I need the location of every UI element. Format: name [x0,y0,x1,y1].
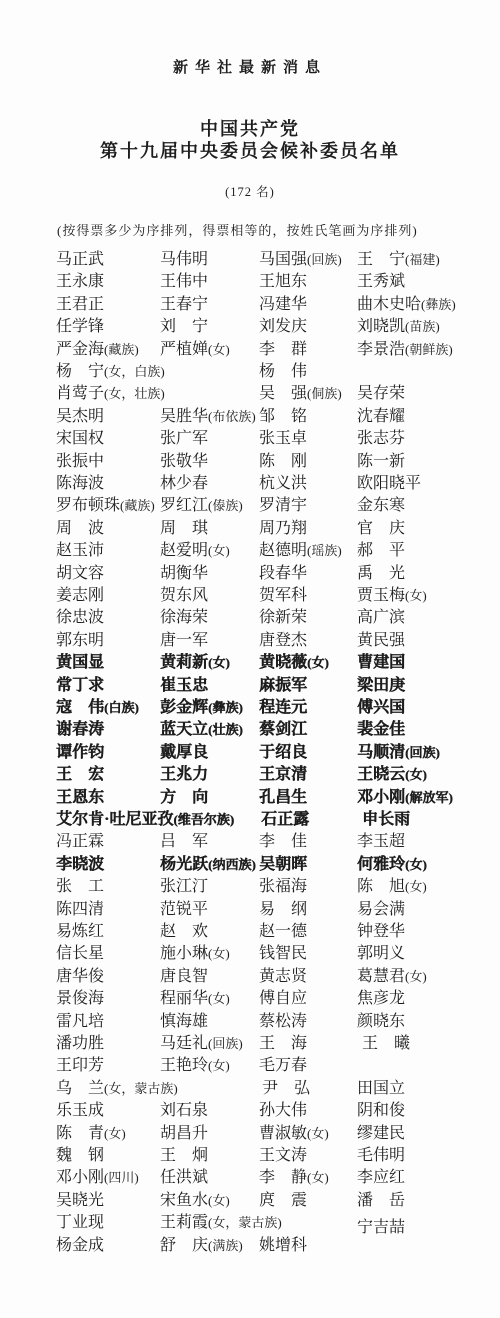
name-entry: 程丽华(女) [160,990,230,1007]
person-name: 常丁求 [56,677,104,694]
person-name: 刘 宁 [160,318,208,335]
name-entry: 王 曦 [362,1035,410,1052]
name-entry: 李 群 [259,341,307,358]
person-name: 谢春涛 [56,721,104,738]
person-name: 禹 光 [357,565,405,582]
person-name: 丁业现 [56,1214,104,1231]
name-entry: 王君正 [56,296,104,313]
ethnic-note: (女) [405,969,427,984]
person-name: 庹 震 [259,1192,307,1209]
person-name: 肖莺子 [56,385,104,402]
person-name: 徐忠波 [56,609,104,626]
name-entry: 马正武 [56,251,104,268]
name-entry: 傅兴国 [357,699,405,716]
ethnic-note: (苗族) [405,319,440,334]
person-name: 陈海波 [56,475,104,492]
ethnic-note: (女) [307,1170,329,1185]
name-entry: 欧阳晓平 [357,475,421,492]
person-name: 蓝天立 [160,721,208,738]
person-name: 黄国显 [56,654,104,671]
name-entry: 任学锋 [56,318,104,335]
person-name: 张福海 [259,878,307,895]
name-entry: 吴晓光 [56,1192,104,1209]
name-entry: 毛万春 [259,1057,307,1074]
person-name: 黄民强 [357,632,405,649]
person-name: 唐登杰 [259,632,307,649]
name-entry: 刘石泉 [160,1102,208,1119]
name-entry: 杨光跃(纳西族) [160,856,256,873]
person-name: 金东寒 [357,497,405,514]
name-entry: 刘发庆 [259,318,307,335]
name-entry: 张福海 [259,878,307,895]
person-name: 冯建华 [259,296,307,313]
name-entry: 郝 平 [357,542,405,559]
name-entry: 徐忠波 [56,609,104,626]
person-name: 景俊海 [56,990,104,1007]
name-entry: 宋鱼水(女) [160,1192,230,1209]
ethnic-note: (女) [405,588,427,603]
name-entry: 谭作钧 [56,744,104,761]
name-entry: 尹 弘 [262,1080,310,1097]
person-name: 姚增科 [259,1237,307,1254]
person-name: 王 宁 [357,251,405,268]
name-entry: 钱智民 [259,945,307,962]
name-entry: 王秀斌 [357,273,405,290]
name-entry: 李 佳 [259,833,307,850]
person-name: 刘石泉 [160,1102,208,1119]
person-name: 孔昌生 [259,789,307,806]
name-entry: 葛慧君(女) [357,968,427,985]
ethnic-note: (瑶族) [307,543,342,558]
name-entry: 郭明义 [357,945,405,962]
person-name: 唐华俊 [56,968,104,985]
person-name: 陈 旭 [357,878,405,895]
ethnic-note: (回族) [405,745,440,760]
name-entry: 缪建民 [357,1125,405,1142]
person-name: 林少春 [160,475,208,492]
name-entry: 焦彦龙 [357,990,405,1007]
person-name: 易 纲 [259,901,307,918]
name-entry: 程连元 [259,699,307,716]
person-name: 赵玉沛 [56,542,104,559]
person-name: 乌 兰 [56,1080,104,1097]
name-entry: 蓝天立(壮族) [160,721,243,738]
person-name: 杨金成 [56,1237,104,1254]
name-entry: 罗清宇 [259,497,307,514]
name-entry: 杨 伟 [259,363,307,380]
name-entry: 潘 岳 [357,1192,405,1209]
name-entry: 马伟明 [160,251,208,268]
name-entry: 徐新荣 [259,609,307,626]
person-name: 唐一军 [160,632,208,649]
person-name: 罗布顿珠 [56,497,120,514]
name-entry: 冯建华 [259,296,307,313]
name-entry: 易会满 [357,901,405,918]
name-entry: 谢春涛 [56,721,104,738]
name-entry: 严金海(藏族) [56,341,139,358]
name-entry: 王 宏 [56,766,104,783]
person-name: 黄志贤 [259,968,307,985]
person-name: 赵 欢 [160,923,208,940]
name-entry: 陈一新 [357,453,405,470]
name-entry: 魏 钢 [56,1147,104,1164]
name-entry: 慎海雄 [160,1013,208,1030]
person-name: 胡衡华 [160,565,208,582]
name-entry: 赵玉沛 [56,542,104,559]
ethnic-note: (四川) [104,1170,139,1185]
ethnic-note: (满族) [208,1238,243,1253]
person-name: 杨 伟 [259,363,307,380]
person-name: 陈四清 [56,901,104,918]
ethnic-note: (彝族) [208,700,243,715]
person-name: 严金海 [56,341,104,358]
person-name: 王春宁 [160,296,208,313]
person-name: 方 向 [160,789,208,806]
ethnic-note: (女) [405,767,427,782]
sort-order-note: (按得票多少为序排列，得票相等的，按姓氏笔画为序排列) [57,220,418,239]
name-entry: 杨 宁(女，白族) [56,363,165,380]
name-entry: 周 波 [56,520,104,537]
person-name: 潘功胜 [56,1035,104,1052]
person-name: 胡昌升 [160,1125,208,1142]
name-entry: 王春宁 [160,296,208,313]
name-entry: 乌 兰(女，蒙古族) [56,1080,178,1097]
person-name: 李 群 [259,341,307,358]
name-entry: 孙大伟 [259,1102,307,1119]
person-name: 沈春耀 [357,408,405,425]
ethnic-note: (女) [307,655,329,670]
person-name: 张江汀 [160,878,208,895]
person-name: 吴晓光 [56,1192,104,1209]
name-entry: 傅自应 [259,990,307,1007]
name-entry: 陈海波 [56,475,104,492]
name-entry: 戴厚良 [160,744,208,761]
name-entry: 张振中 [56,453,104,470]
name-entry: 崔玉忠 [160,677,208,694]
name-entry: 李晓波 [56,856,104,873]
name-entry: 赵 欢 [160,923,208,940]
name-entry: 于绍良 [259,744,307,761]
name-entry: 申长雨 [362,811,410,828]
name-entry: 姚增科 [259,1237,307,1254]
name-entry: 宋国权 [56,430,104,447]
name-entry: 裴金佳 [357,721,405,738]
page-title-line2: 第十九届中央委员会候补委员名单 [0,137,500,163]
ethnic-note: (布依族) [208,409,256,424]
person-name: 戴厚良 [160,744,208,761]
name-entry: 邹 铭 [259,408,307,425]
name-entry: 王晓云(女) [357,766,427,783]
name-entry: 孔昌生 [259,789,307,806]
person-name: 李景浩 [357,341,405,358]
name-entry: 金东寒 [357,497,405,514]
person-name: 潘 岳 [357,1192,405,1209]
person-name: 蔡剑江 [259,721,307,738]
person-name: 王文涛 [259,1147,307,1164]
ethnic-note: (女) [208,342,230,357]
person-name: 徐新荣 [259,609,307,626]
ethnic-note: (女，蒙古族) [104,1081,178,1096]
ethnic-note: (藏族) [104,342,139,357]
name-entry: 赵德明(瑶族) [259,542,342,559]
person-name: 吴存荣 [357,385,405,402]
ethnic-note: (女) [208,946,230,961]
name-entry: 黄志贤 [259,968,307,985]
person-name: 周 琪 [160,520,208,537]
name-entry: 周 琪 [160,520,208,537]
name-entry: 唐一军 [160,632,208,649]
name-entry: 吴胜华(布依族) [160,408,256,425]
name-entry: 邓小刚(四川) [56,1169,139,1186]
person-name: 马国强 [259,251,307,268]
person-name: 王旭东 [259,273,307,290]
person-name: 曲木史哈 [357,296,421,313]
ethnic-note: (纳西族) [208,857,256,872]
person-name: 王兆力 [160,766,208,783]
name-entry: 吴杰明 [56,408,104,425]
ethnic-note: (解放军) [405,790,453,805]
name-entry: 贺军科 [259,587,307,604]
person-name: 黄晓薇 [259,654,307,671]
person-name: 郭明义 [357,945,405,962]
person-name: 王 海 [259,1035,307,1052]
name-entry: 黄民强 [357,632,405,649]
person-name: 舒 庆 [160,1237,208,1254]
name-entry: 王恩东 [56,789,104,806]
person-name: 李玉超 [357,833,405,850]
name-entry: 徐海荣 [160,609,208,626]
person-name: 陈 青 [56,1125,104,1142]
person-name: 傅兴国 [357,699,405,716]
name-entry: 冯正霖 [56,833,104,850]
person-name: 陈 刚 [259,453,307,470]
name-entry: 胡衡华 [160,565,208,582]
name-entry: 王艳玲(女) [160,1057,230,1074]
person-name: 姜志刚 [56,587,104,604]
person-name: 程连元 [259,699,307,716]
name-entry: 胡昌升 [160,1125,208,1142]
person-name: 信长星 [56,945,104,962]
document-page: 新华社最新消息 中国共产党 第十九届中央委员会候补委员名单 (172 名) (按… [0,0,500,1318]
name-entry: 庹 震 [259,1192,307,1209]
person-name: 李晓波 [56,856,104,873]
news-source-label: 新华社最新消息 [0,56,500,77]
name-entry: 王 海 [259,1035,307,1052]
name-entry: 吕 军 [160,833,208,850]
person-name: 田国立 [357,1080,405,1097]
name-entry: 严植婵(女) [160,341,230,358]
name-entry: 姜志刚 [56,587,104,604]
person-name: 李 佳 [259,833,307,850]
name-entry: 杭义洪 [259,475,307,492]
name-entry: 王伟中 [160,273,208,290]
ethnic-note: (女) [208,655,230,670]
person-name: 宁吉喆 [357,1219,405,1236]
person-name: 马正武 [56,251,104,268]
person-name: 贺军科 [259,587,307,604]
person-name: 梁田庚 [357,677,405,694]
name-entry: 王 炯 [160,1147,208,1164]
person-name: 于绍良 [259,744,307,761]
person-name: 罗清宇 [259,497,307,514]
person-name: 马廷礼 [160,1035,208,1052]
person-name: 周乃翔 [259,520,307,537]
person-name: 王莉霞 [160,1214,208,1231]
person-name: 颜晓东 [357,1013,405,1030]
name-entry: 潘功胜 [56,1035,104,1052]
name-entry: 贾玉梅(女) [357,587,427,604]
ethnic-note: (侗族) [307,386,342,401]
person-name: 申长雨 [362,811,410,828]
ethnic-note: (女) [307,1126,329,1141]
name-entry: 肖莺子(女，壮族) [56,385,165,402]
name-entry: 寇 伟(白族) [56,699,139,716]
person-name: 乐玉成 [56,1102,104,1119]
person-name: 葛慧君 [357,968,405,985]
name-entry: 易 纲 [259,901,307,918]
name-entry: 邓小刚(解放军) [357,789,453,806]
name-entry: 马廷礼(回族) [160,1035,243,1052]
name-entry: 何雅玲(女) [357,856,427,873]
person-name: 邓小刚 [56,1169,104,1186]
person-name: 王 曦 [362,1035,410,1052]
person-name: 王 宏 [56,766,104,783]
name-entry: 马国强(回族) [259,251,342,268]
name-entry: 张敬华 [160,453,208,470]
name-entry: 舒 庆(满族) [160,1237,243,1254]
name-entry: 丁业现 [56,1214,104,1231]
name-entry: 马顺清(回族) [357,744,440,761]
person-name: 何雅玲 [357,856,405,873]
name-entry: 王文涛 [259,1147,307,1164]
person-name: 宋鱼水 [160,1192,208,1209]
person-name: 吴胜华 [160,408,208,425]
ethnic-note: (福建) [405,252,440,267]
person-name: 周 波 [56,520,104,537]
person-name: 刘晓凯 [357,318,405,335]
name-entry: 张玉卓 [259,430,307,447]
name-entry: 李玉超 [357,833,405,850]
person-name: 钟登华 [357,923,405,940]
ethnic-note: (回族) [307,252,342,267]
ethnic-note: (壮族) [208,722,243,737]
name-entry: 唐良智 [160,968,208,985]
name-entry: 赵一德 [259,923,307,940]
name-entry: 王印芳 [56,1057,104,1074]
ethnic-note: (回族) [208,1036,243,1051]
person-name: 杨 宁 [56,363,104,380]
person-name: 王伟中 [160,273,208,290]
person-name: 石正露 [261,811,309,828]
name-entry: 麻振军 [259,677,307,694]
person-name: 崔玉忠 [160,677,208,694]
person-name: 赵德明 [259,542,307,559]
name-entry: 方 向 [160,789,208,806]
name-entry: 曲木史哈(彝族) [357,296,456,313]
person-name: 焦彦龙 [357,990,405,1007]
name-entry: 信长星 [56,945,104,962]
name-entry: 官 庆 [357,520,405,537]
ethnic-note: (女) [208,991,230,1006]
person-name: 冯正霖 [56,833,104,850]
name-entry: 杨金成 [56,1237,104,1254]
name-entry: 石正露 [261,811,309,828]
name-entry: 李 静(女) [259,1169,329,1186]
name-entry: 陈 刚 [259,453,307,470]
person-name: 魏 钢 [56,1147,104,1164]
person-name: 王京清 [259,766,307,783]
person-name: 段春华 [259,565,307,582]
person-name: 尹 弘 [262,1080,310,1097]
name-entry: 钟登华 [357,923,405,940]
person-name: 寇 伟 [56,699,104,716]
person-name: 张振中 [56,453,104,470]
person-name: 王君正 [56,296,104,313]
person-name: 罗红江 [160,497,208,514]
person-name: 严植婵 [160,341,208,358]
person-name: 张广军 [160,430,208,447]
name-entry: 陈 旭(女) [357,878,427,895]
ethnic-note: (女) [405,857,427,872]
name-entry: 胡文容 [56,565,104,582]
person-name: 赵爱明 [160,542,208,559]
name-entry: 禹 光 [357,565,405,582]
person-name: 任学锋 [56,318,104,335]
person-name: 曹建国 [357,654,405,671]
person-name: 彭金辉 [160,699,208,716]
name-entry: 黄晓薇(女) [259,654,329,671]
ethnic-note: (女) [208,1058,230,1073]
person-name: 曹淑敏 [259,1125,307,1142]
person-name: 官 庆 [357,520,405,537]
person-name: 杭义洪 [259,475,307,492]
ethnic-note: (女) [104,1126,126,1141]
person-name: 阴和俊 [357,1102,405,1119]
name-entry: 颜晓东 [357,1013,405,1030]
person-name: 郝 平 [357,542,405,559]
name-entry: 易炼红 [56,923,104,940]
name-entry: 赵爱明(女) [160,542,230,559]
name-entry: 彭金辉(彝族) [160,699,243,716]
person-name: 张志芬 [357,430,405,447]
person-name: 施小琳 [160,945,208,962]
person-name: 缪建民 [357,1125,405,1142]
name-entry: 乐玉成 [56,1102,104,1119]
person-name: 张 工 [56,878,104,895]
ethnic-note: (女) [405,879,427,894]
ethnic-note: (女，蒙古族) [208,1215,282,1230]
name-entry: 阴和俊 [357,1102,405,1119]
name-entry: 林少春 [160,475,208,492]
ethnic-note: (女) [208,543,230,558]
person-name: 王恩东 [56,789,104,806]
person-name: 张玉卓 [259,430,307,447]
person-name: 王秀斌 [357,273,405,290]
person-name: 宋国权 [56,430,104,447]
person-name: 易炼红 [56,923,104,940]
name-entry: 唐华俊 [56,968,104,985]
name-entry: 陈 青(女) [56,1125,126,1142]
name-entry: 刘 宁 [160,318,208,335]
name-entry: 王兆力 [160,766,208,783]
person-name: 吴 强 [259,385,307,402]
ethnic-note: (朝鲜族) [405,342,453,357]
person-name: 邓小刚 [357,789,405,806]
name-entry: 吴 强(侗族) [259,385,342,402]
person-name: 李应红 [357,1169,405,1186]
name-entry: 常丁求 [56,677,104,694]
person-name: 贾玉梅 [357,587,405,604]
